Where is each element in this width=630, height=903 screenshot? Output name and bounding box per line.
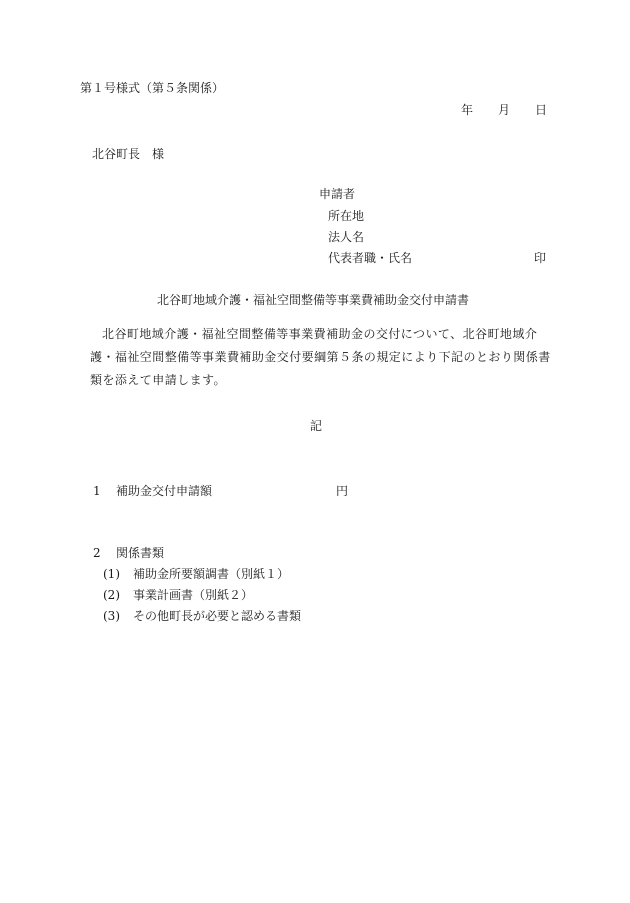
- applicant-label: 申請者: [319, 187, 355, 201]
- item-1-number: 1: [93, 484, 101, 498]
- form-number: 第１号様式（第５条関係）: [80, 81, 224, 95]
- date-month: 月: [498, 103, 510, 117]
- addressee: 北谷町長 様: [92, 147, 164, 161]
- subitem-number: (3): [103, 609, 120, 623]
- subitem-label: その他町長が必要と認める書類: [133, 609, 301, 623]
- subitem-number: (2): [103, 588, 120, 602]
- date-day: 日: [535, 103, 547, 117]
- corporation-label: 法人名: [328, 230, 364, 244]
- seal-mark: 印: [534, 251, 546, 265]
- representative-label: 代表者職・氏名: [328, 251, 412, 265]
- item-1-label: 補助金交付申請額: [116, 484, 212, 498]
- subitem-label: 補助金所要額調書（別紙１）: [133, 567, 289, 581]
- subitem-number: (1): [103, 567, 120, 581]
- item-2-label: 関係書類: [116, 546, 164, 560]
- subitem-label: 事業計画書（別紙２）: [133, 588, 253, 602]
- address-label: 所在地: [328, 209, 364, 223]
- ki-heading: 記: [310, 419, 322, 433]
- body-paragraph: 北谷町地域介護・福祉空間整備等事業費補助金の交付について、北谷町地域介護・福祉空…: [90, 323, 555, 392]
- item-2-number: 2: [93, 546, 101, 560]
- date-year: 年: [461, 103, 473, 117]
- item-1-unit: 円: [336, 484, 348, 498]
- document-title: 北谷町地域介護・福祉空間整備等事業費補助金交付申請書: [157, 293, 469, 307]
